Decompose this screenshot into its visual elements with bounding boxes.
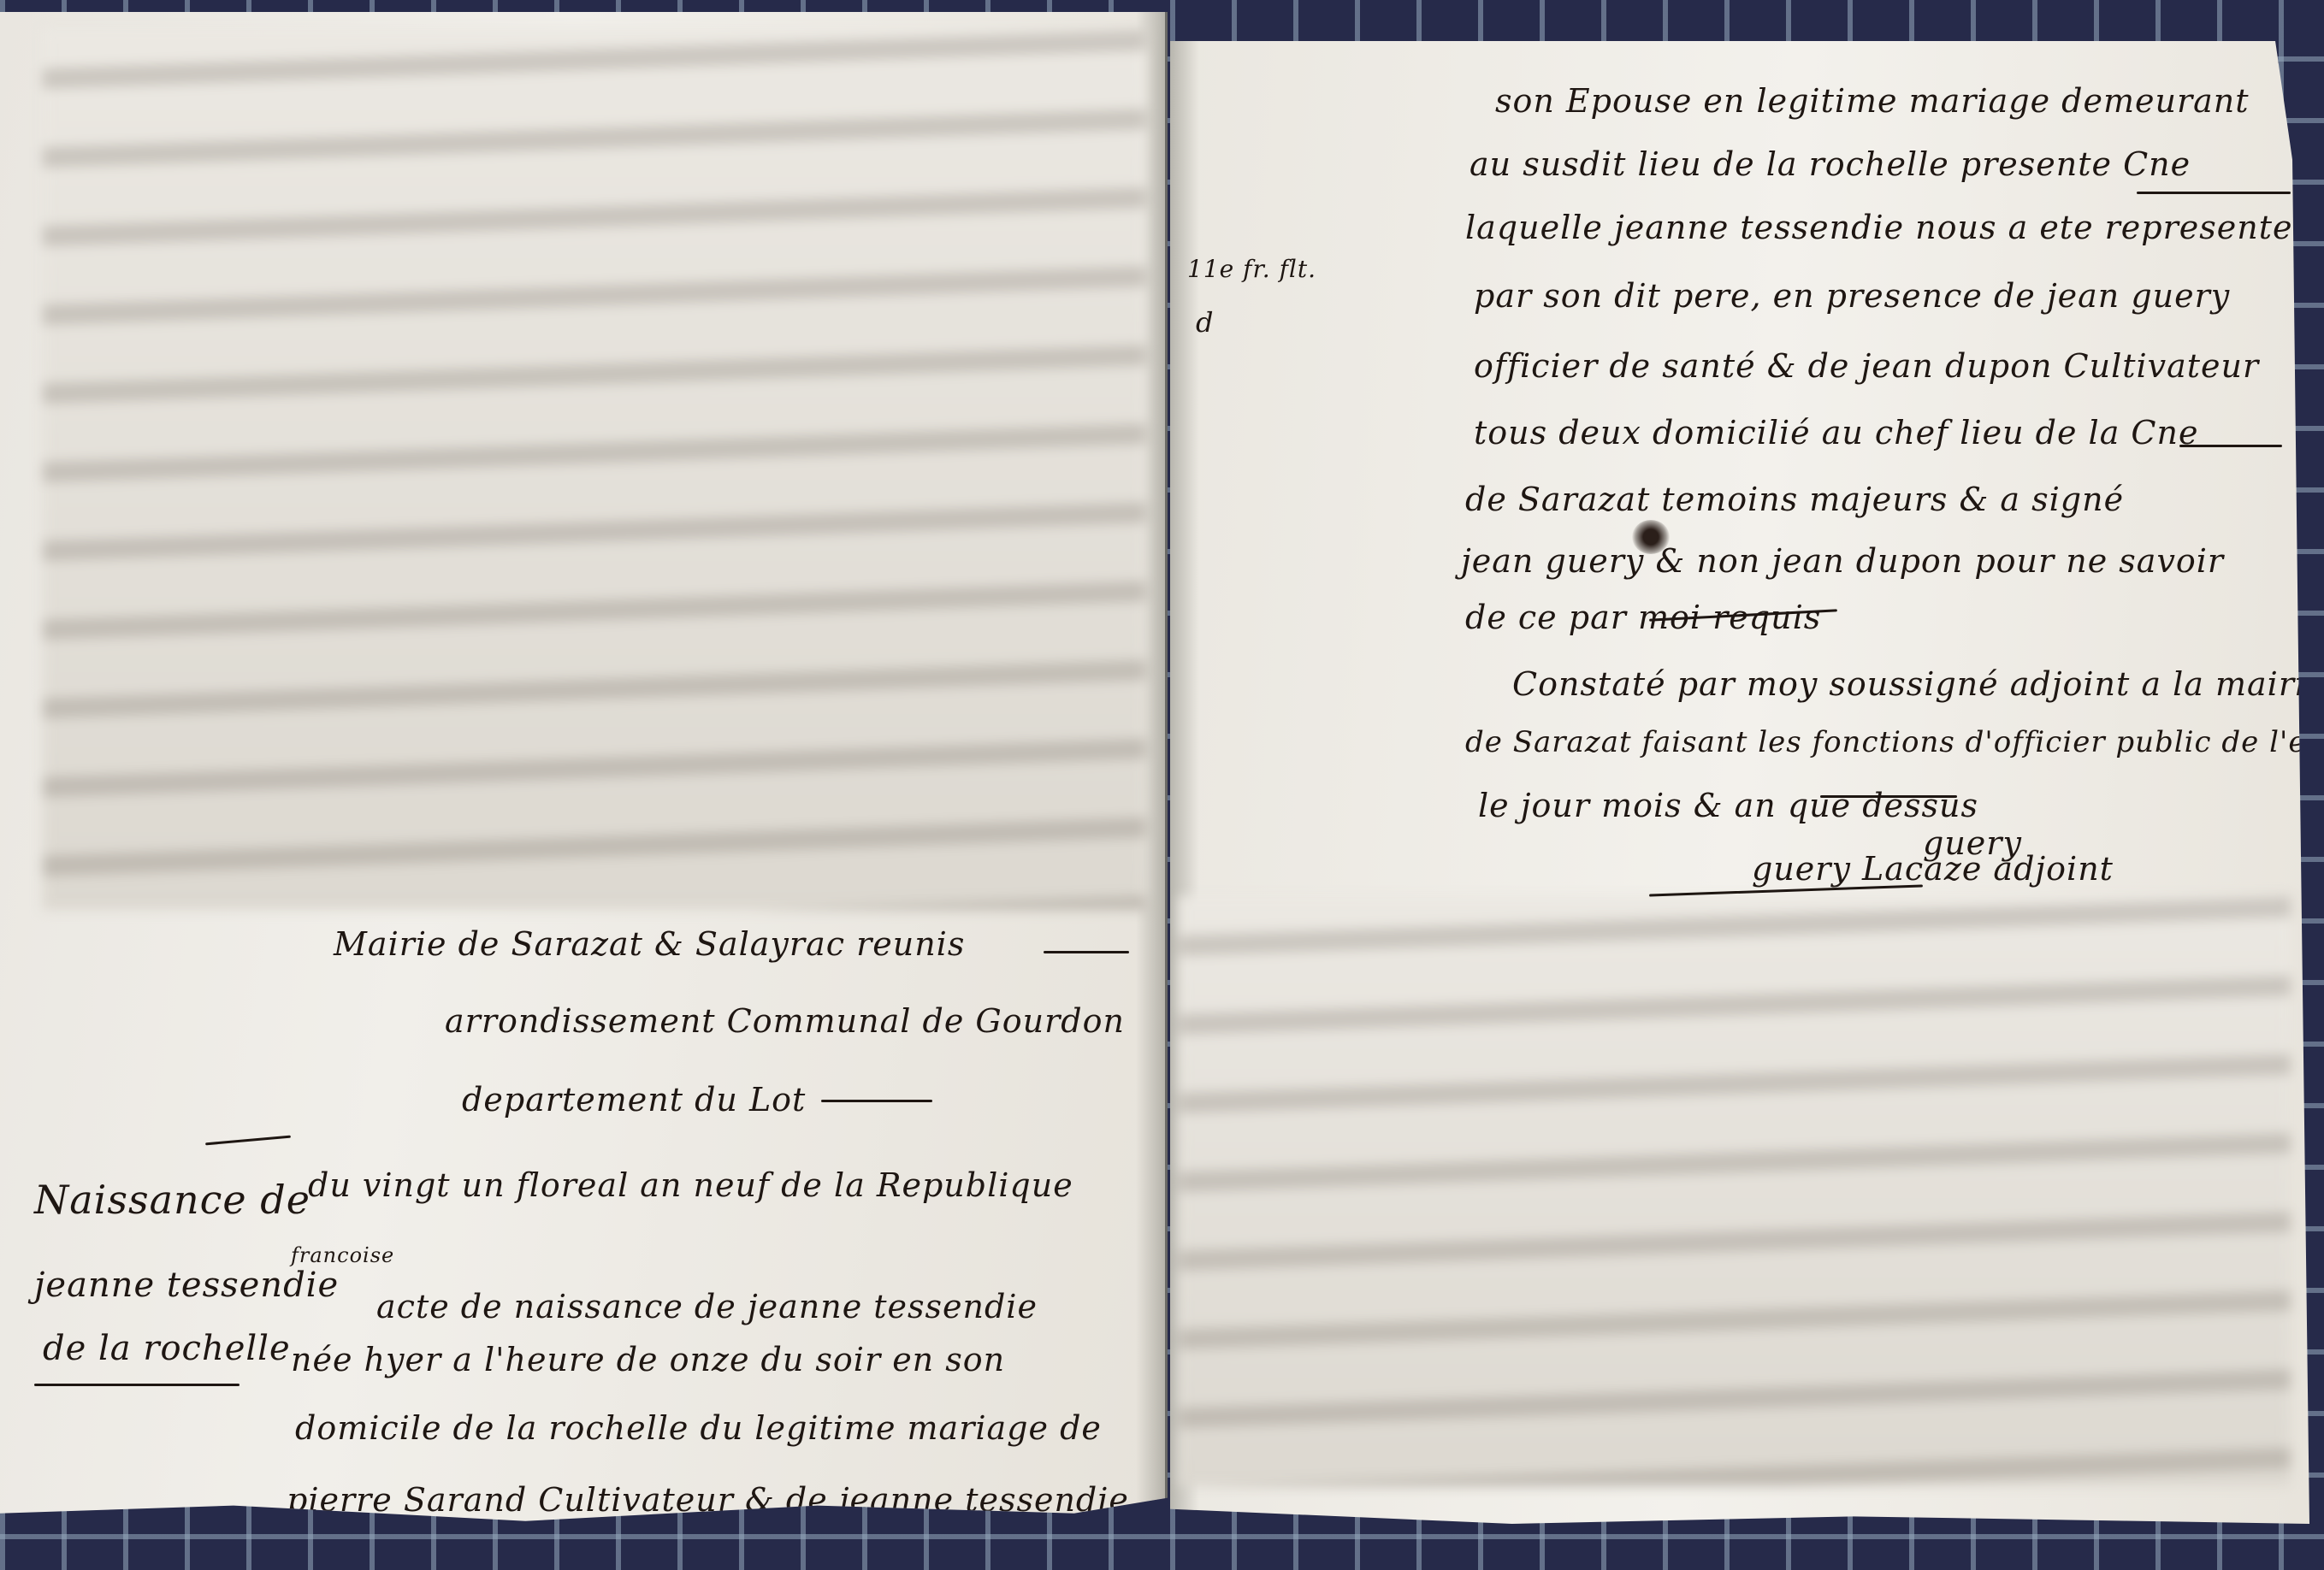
- rule-line: [2137, 192, 2291, 194]
- rule-line: [821, 1100, 932, 1102]
- rule-line: [205, 1136, 291, 1146]
- body-line-4: par son dit pere, en presence de jean gu…: [1474, 277, 2230, 315]
- body-line-7: de Sarazat temoins majeurs & a signé: [1465, 481, 2124, 518]
- signature-adjoint: guery Lacaze adjoint: [1752, 850, 2114, 888]
- body-line-nee: née hyer a l'heure de onze du soir en so…: [291, 1341, 1005, 1378]
- margin-note-mark: d: [1196, 306, 1214, 339]
- body-line-11: de Sarazat faisant les fonctions d'offic…: [1465, 725, 2309, 759]
- margin-note-name: jeanne tessendie: [34, 1266, 339, 1305]
- left-page: Mairie de Sarazat & Salayrac reunis arro…: [0, 12, 1168, 1560]
- body-line-domicile: domicile de la rochelle du legitime mari…: [295, 1409, 1102, 1447]
- blurred-region: [43, 29, 1146, 910]
- ink-blot: [1632, 520, 1670, 554]
- right-page: 11e fr. flt. d son Epouse en legitime ma…: [1170, 41, 2309, 1524]
- header-line-departement: departement du Lot: [462, 1081, 806, 1118]
- body-line-9: de ce par moi requis: [1465, 599, 1821, 636]
- header-line-arrondissement: arrondissement Communal de Gourdon: [445, 1002, 1125, 1040]
- body-line-8: jean guery & non jean dupon pour ne savo…: [1461, 542, 2224, 580]
- body-line-12: le jour mois & an que dessus: [1478, 787, 1978, 824]
- body-line-5: officier de santé & de jean dupon Cultiv…: [1474, 347, 2259, 385]
- header-line-mairie: Mairie de Sarazat & Salayrac reunis: [334, 925, 965, 963]
- body-line-date: du vingt un floreal an neuf de la Republ…: [308, 1166, 1073, 1204]
- body-line-2: au susdit lieu de la rochelle presente C…: [1470, 145, 2191, 183]
- rule-line: [1044, 951, 1129, 953]
- margin-note-naissance: Naissance de: [34, 1177, 310, 1223]
- body-line-1: son Epouse en legitime mariage demeurant: [1495, 82, 2250, 120]
- rule-line: [1820, 795, 1957, 798]
- blurred-region: [1179, 896, 2291, 1486]
- body-line-3: laquelle jeanne tessendie nous a ete rep…: [1465, 209, 2309, 246]
- interlinear-note: francoise: [291, 1243, 394, 1267]
- body-line-6: tous deux domicilié au chef lieu de la C…: [1474, 414, 2198, 452]
- margin-note-place: de la rochelle: [43, 1329, 291, 1368]
- rule-line: [34, 1384, 239, 1386]
- body-line-parents: pierre Sarand Cultivateur & de jeanne te…: [287, 1481, 1129, 1519]
- rule-line: [2179, 445, 2282, 447]
- body-line-acte: acte de naissance de jeanne tessendie: [376, 1288, 1038, 1325]
- body-line-10: Constaté par moy soussigné adjoint a la …: [1512, 665, 2309, 703]
- margin-note-date: 11e fr. flt.: [1187, 255, 1316, 283]
